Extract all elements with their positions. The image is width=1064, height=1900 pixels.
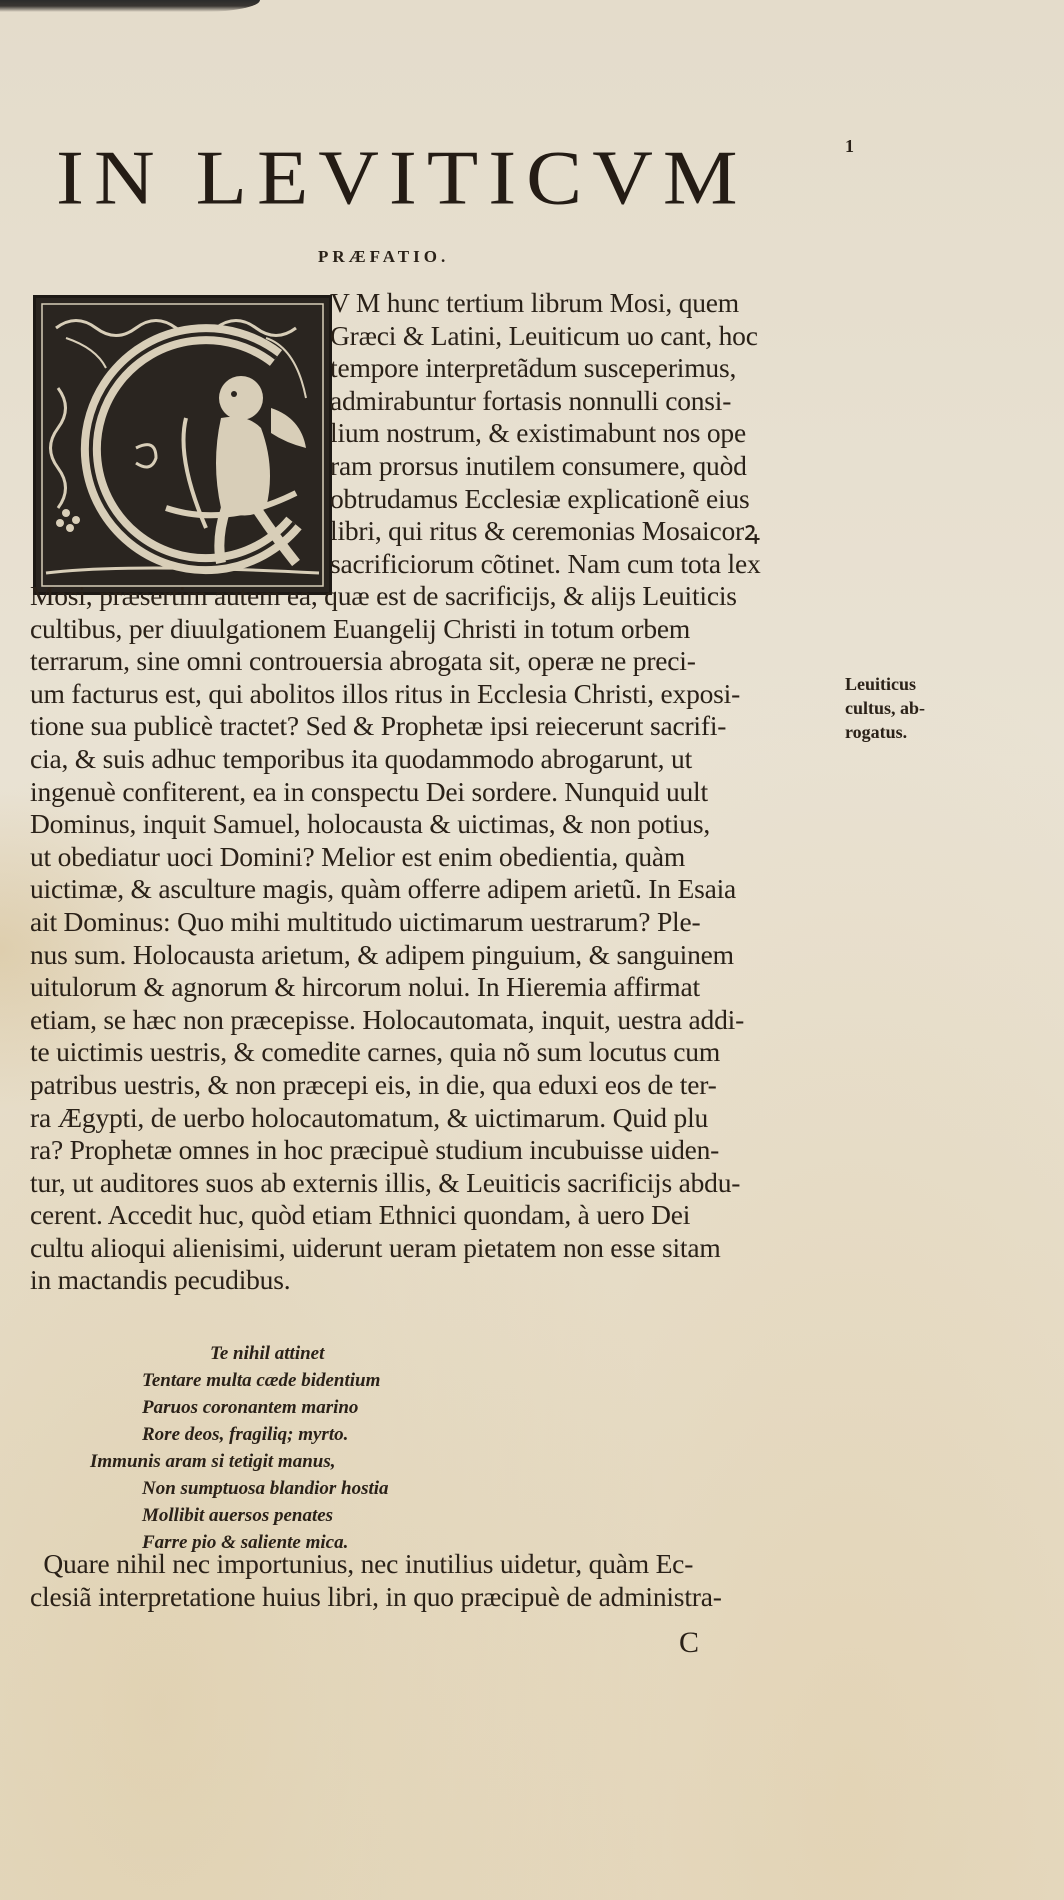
woodcut-initial-c (33, 295, 332, 595)
text-line: ait Dominus: Quo mihi multitudo uictimar… (30, 906, 840, 939)
marginal-note-line: Leuiticus (845, 672, 925, 696)
text-line: admirabuntur fortasis nonnulli consi- (330, 385, 840, 418)
text-line: te uictimis uestris, & comedite carnes, … (30, 1036, 840, 1069)
verse-line: Paruos coronantem marino (90, 1394, 389, 1421)
text-line: ra? Prophetæ omnes in hoc præcipuè studi… (30, 1134, 840, 1167)
verse-line: Non sumptuosa blandior hostia (90, 1475, 389, 1502)
verse-line: Immunis aram si tetigit manus, (90, 1448, 389, 1475)
text-line: ut obediatur uoci Domini? Melior est eni… (30, 841, 840, 874)
verse-line: Mollibit auersos penates (90, 1502, 389, 1529)
text-line: Mosi, præsertim autem ea, quæ est de sac… (30, 580, 840, 613)
text-line: ingenuè confiterent, ea in conspectu Dei… (30, 776, 840, 809)
verse-line: Te nihil attinet (90, 1340, 389, 1367)
text-line: cultu alioqui alienisimi, uiderunt ueram… (30, 1232, 840, 1265)
text-line: uictimæ, & asculture magis, quàm offerre… (30, 873, 840, 906)
book-edge-shadow (0, 0, 260, 12)
text-line: in mactandis pecudibus. (30, 1264, 840, 1297)
text-line: tione sua publicè tractet? Sed & Prophet… (30, 710, 840, 743)
verse-quotation: Te nihil attinet Tentare multa cæde bide… (90, 1340, 389, 1556)
text-line: lium nostrum, & existimabunt nos ope (330, 417, 840, 450)
text-line: ra Ægypti, de uerbo holocautomatum, & ui… (30, 1102, 840, 1135)
text-line: um facturus est, qui abolitos illos ritu… (30, 678, 840, 711)
main-paragraph: Mosi, præsertim autem ea, quæ est de sac… (30, 580, 840, 1297)
marginal-note-line: cultus, ab- (845, 696, 925, 720)
text-line: Græci & Latini, Leuiticum uo cant, hoc (330, 320, 840, 353)
text-line: obtrudamus Ecclesiæ explicationẽ eius (330, 483, 840, 516)
section-subtitle: PRÆFATIO. (318, 247, 449, 267)
text-line: cultibus, per diuulgationem Euangelij Ch… (30, 613, 840, 646)
text-line: libri, qui ritus & ceremonias Mosaicorꝝ (330, 515, 840, 548)
signature-mark: C (679, 1626, 699, 1660)
text-line: nus sum. Holocausta arietum, & adipem pi… (30, 939, 840, 972)
decorated-initial-icon (36, 298, 329, 592)
text-line: clesiã interpretatione huius libri, in q… (30, 1581, 722, 1614)
page-title: IN LEVITICVM (56, 140, 856, 217)
text-line: tempore interpretãdum susceperimus, (330, 352, 840, 385)
text-line: sacrificiorum cõtinet. Nam cum tota lex (330, 548, 840, 581)
marginal-note-line: rogatus. (845, 720, 925, 744)
text-line: tur, ut auditores suos ab externis illis… (30, 1167, 840, 1200)
text-line: etiam, se hæc non præcepisse. Holocautom… (30, 1004, 840, 1037)
text-line: terrarum, sine omni controuersia abrogat… (30, 645, 840, 678)
closing-paragraph: Quare nihil nec importunius, nec inutili… (30, 1548, 722, 1613)
marginal-note: Leuiticus cultus, ab- rogatus. (845, 672, 925, 744)
opening-paragraph: V M hunc tertium librum Mosi, quem Græci… (330, 287, 840, 580)
text-line: uitulorum & agnorum & hircorum nolui. In… (30, 971, 840, 1004)
text-line: cia, & suis adhuc temporibus ita quodamm… (30, 743, 840, 776)
text-line: patribus uestris, & non præcepi eis, in … (30, 1069, 840, 1102)
verse-line: Rore deos, fragiliq; myrto. (90, 1421, 389, 1448)
text-line: Quare nihil nec importunius, nec inutili… (30, 1548, 722, 1581)
text-line: Dominus, inquit Samuel, holocausta & uic… (30, 808, 840, 841)
text-line: ram prorsus inutilem consumere, quòd (330, 450, 840, 483)
text-line: V M hunc tertium librum Mosi, quem (330, 287, 840, 320)
verse-line: Tentare multa cæde bidentium (90, 1367, 389, 1394)
text-line: cerent. Accedit huc, quòd etiam Ethnici … (30, 1199, 840, 1232)
